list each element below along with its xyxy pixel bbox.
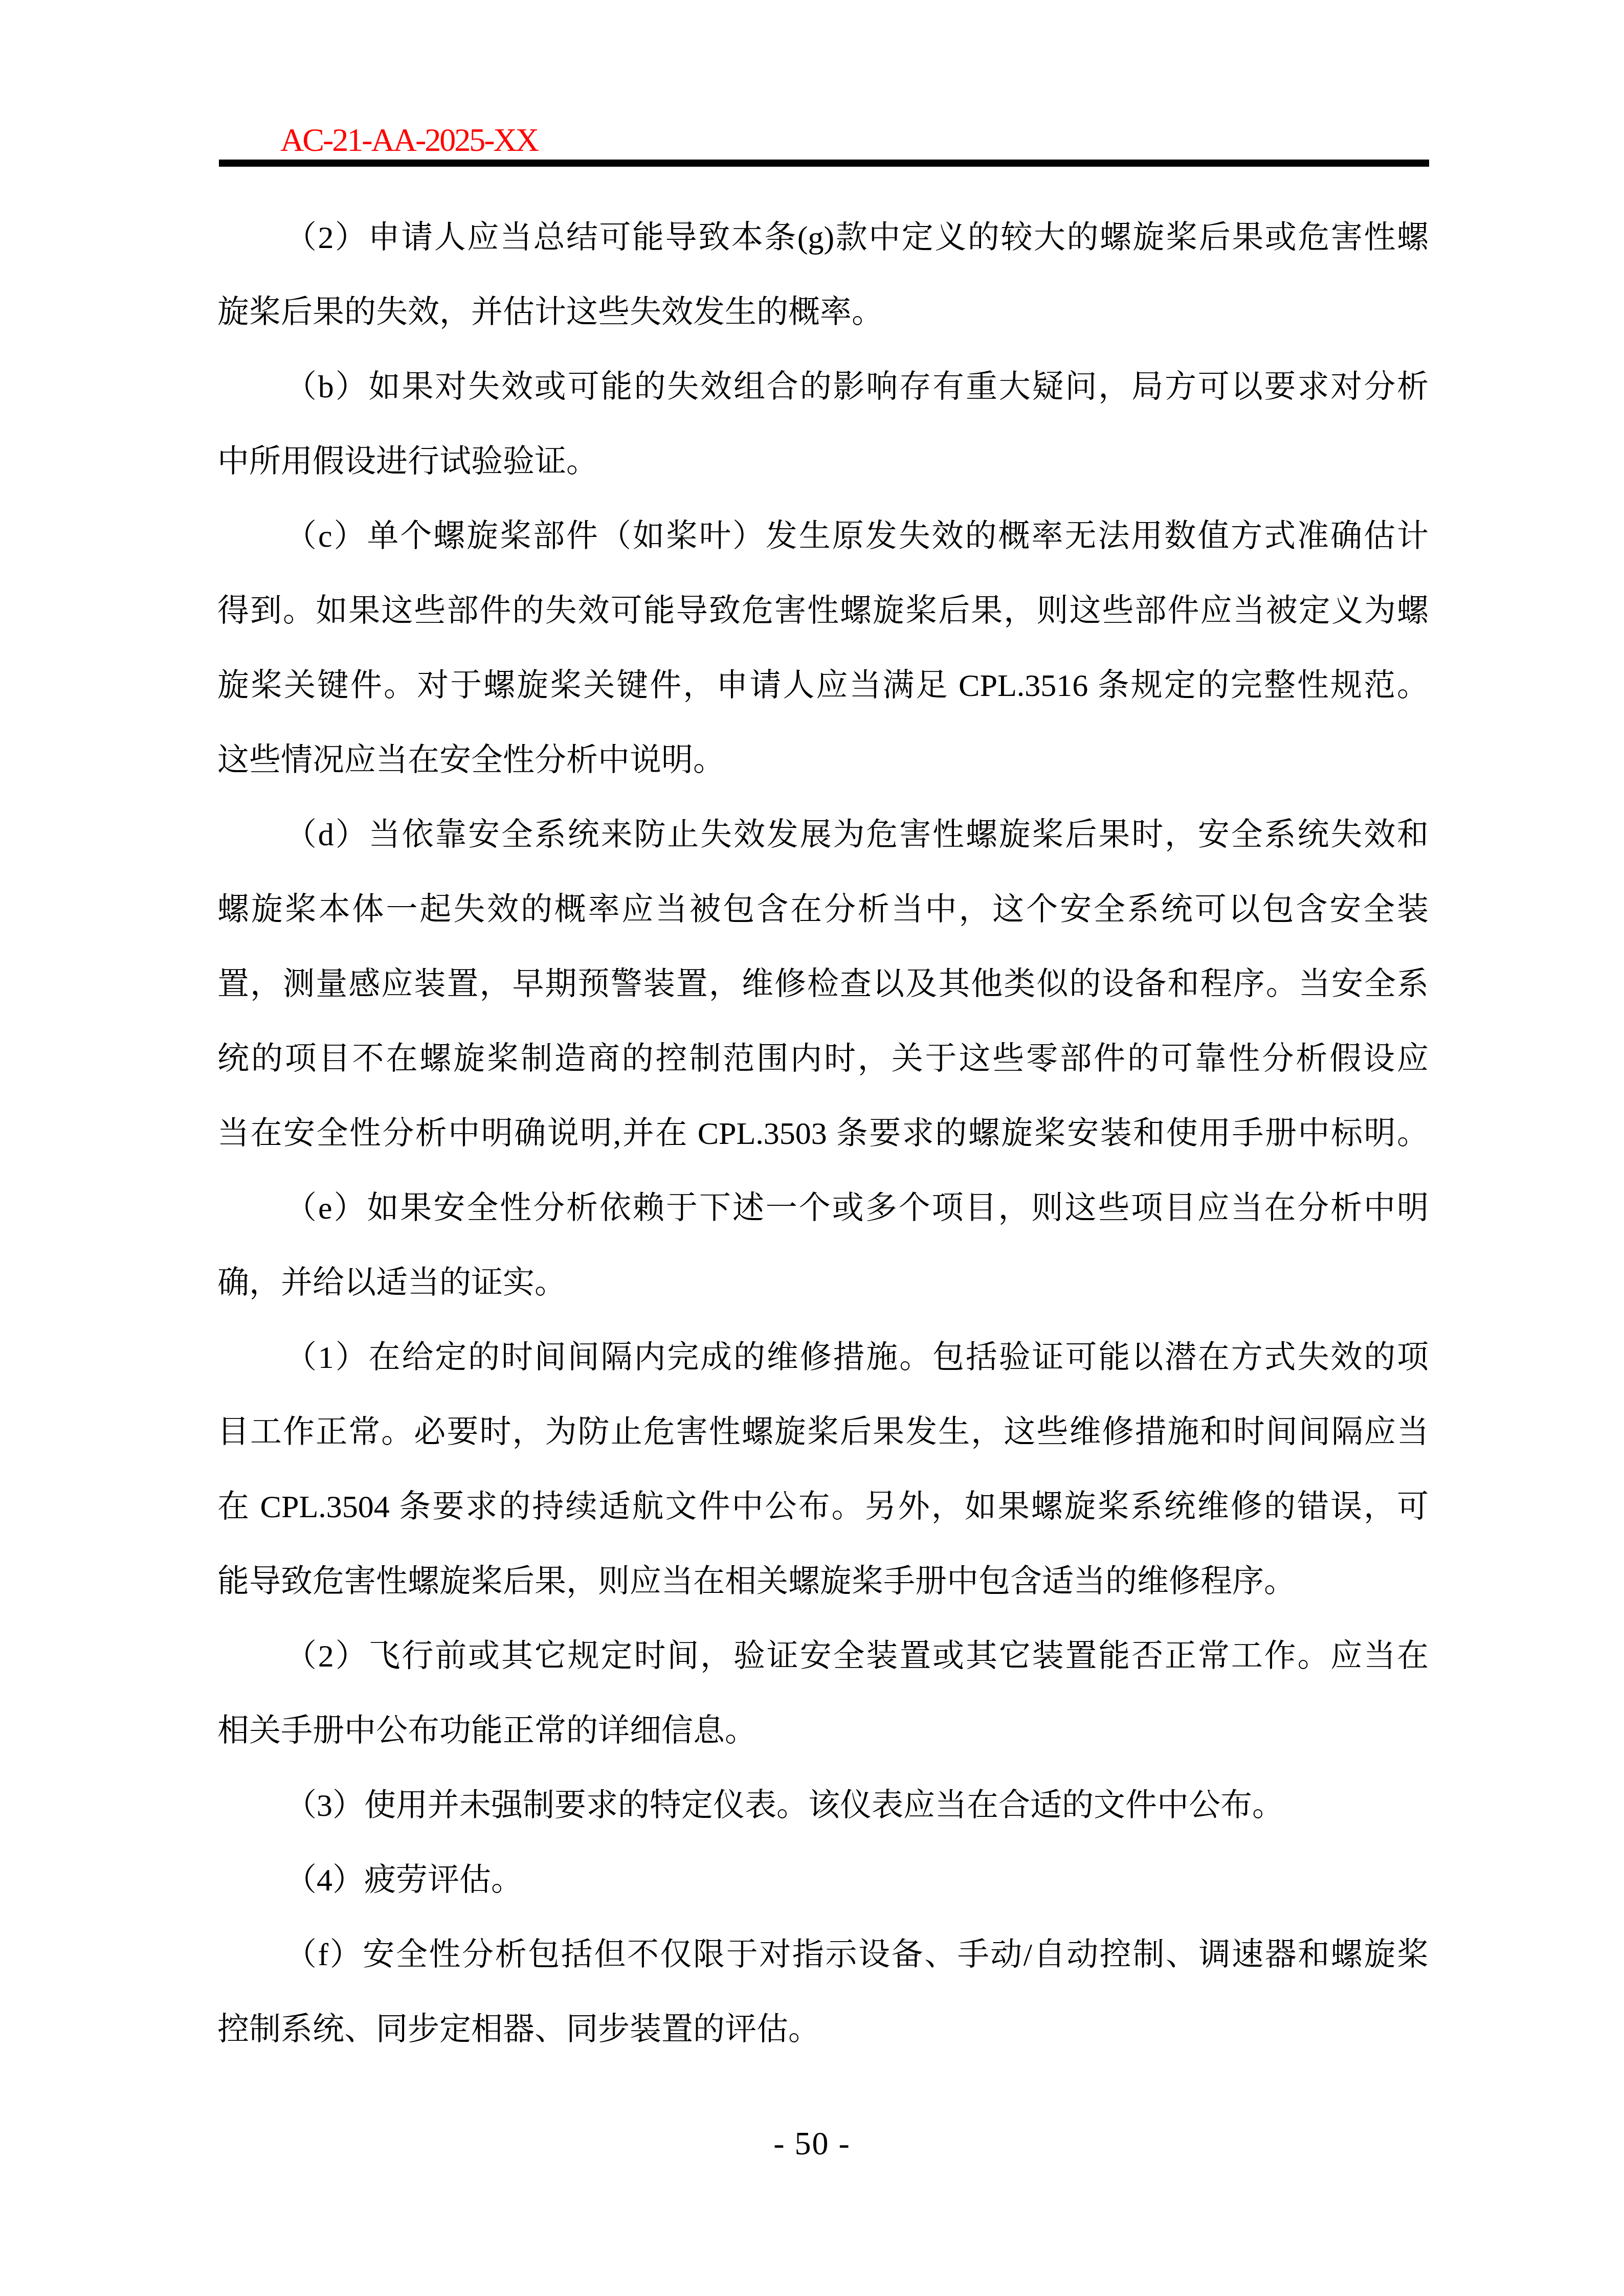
text-line: （b）如果对失效或可能的失效组合的影响存有重大疑问，局方可以要求对分析 bbox=[217, 350, 1429, 424]
text-line: 旋桨关键件。对于螺旋桨关键件，申请人应当满足 CPL.3516 条规定的完整性规… bbox=[217, 648, 1429, 723]
document-page: AC-21-AA-2025-XX （2）申请人应当总结可能导致本条(g)款中定义… bbox=[0, 0, 1624, 2296]
text-line: （2）申请人应当总结可能导致本条(g)款中定义的较大的螺旋桨后果或危害性螺 bbox=[217, 200, 1429, 275]
text-line: 能导致危害性螺旋桨后果，则应当在相关螺旋桨手册中包含适当的维修程序。 bbox=[217, 1544, 1429, 1619]
text-line: 当在安全性分析中明确说明,并在 CPL.3503 条要求的螺旋桨安装和使用手册中… bbox=[217, 1096, 1429, 1171]
text-line: （f）安全性分析包括但不仅限于对指示设备、手动/自动控制、调速器和螺旋桨 bbox=[217, 1918, 1429, 1992]
text-line: （d）当依靠安全系统来防止失效发展为危害性螺旋桨后果时，安全系统失效和 bbox=[217, 798, 1429, 872]
text-line: 相关手册中公布功能正常的详细信息。 bbox=[217, 1694, 1429, 1768]
text-line: 在 CPL.3504 条要求的持续适航文件中公布。另外，如果螺旋桨系统维修的错误… bbox=[217, 1470, 1429, 1544]
document-number: AC-21-AA-2025-XX bbox=[280, 124, 538, 156]
text-line: 中所用假设进行试验验证。 bbox=[217, 424, 1429, 499]
text-line: （3）使用并未强制要求的特定仪表。该仪表应当在合适的文件中公布。 bbox=[217, 1768, 1429, 1843]
text-line: 螺旋桨本体一起失效的概率应当被包含在分析当中，这个安全系统可以包含安全装 bbox=[217, 872, 1429, 947]
text-line: （c）单个螺旋桨部件（如桨叶）发生原发失效的概率无法用数值方式准确估计 bbox=[217, 499, 1429, 574]
text-line: 控制系统、同步定相器、同步装置的评估。 bbox=[217, 1992, 1429, 2067]
text-line: （2）飞行前或其它规定时间，验证安全装置或其它装置能否正常工作。应当在 bbox=[217, 1619, 1429, 1694]
text-line: 确，并给以适当的证实。 bbox=[217, 1246, 1429, 1320]
header-rule bbox=[219, 160, 1429, 167]
document-body: （2）申请人应当总结可能导致本条(g)款中定义的较大的螺旋桨后果或危害性螺 旋桨… bbox=[217, 200, 1429, 2067]
text-line: 这些情况应当在安全性分析中说明。 bbox=[217, 723, 1429, 798]
text-line: 统的项目不在螺旋桨制造商的控制范围内时，关于这些零部件的可靠性分析假设应 bbox=[217, 1022, 1429, 1096]
text-line: 目工作正常。必要时，为防止危害性螺旋桨后果发生，这些维修措施和时间间隔应当 bbox=[217, 1395, 1429, 1470]
text-line: （e）如果安全性分析依赖于下述一个或多个项目，则这些项目应当在分析中明 bbox=[217, 1171, 1429, 1246]
text-line: 得到。如果这些部件的失效可能导致危害性螺旋桨后果，则这些部件应当被定义为螺 bbox=[217, 574, 1429, 648]
text-line: （1）在给定的时间间隔内完成的维修措施。包括验证可能以潜在方式失效的项 bbox=[217, 1320, 1429, 1395]
text-line: 置，测量感应装置，早期预警装置，维修检查以及其他类似的设备和程序。当安全系 bbox=[217, 947, 1429, 1022]
page-number: - 50 - bbox=[0, 2127, 1624, 2160]
text-line: （4）疲劳评估。 bbox=[217, 1843, 1429, 1918]
text-line: 旋桨后果的失效，并估计这些失效发生的概率。 bbox=[217, 275, 1429, 350]
